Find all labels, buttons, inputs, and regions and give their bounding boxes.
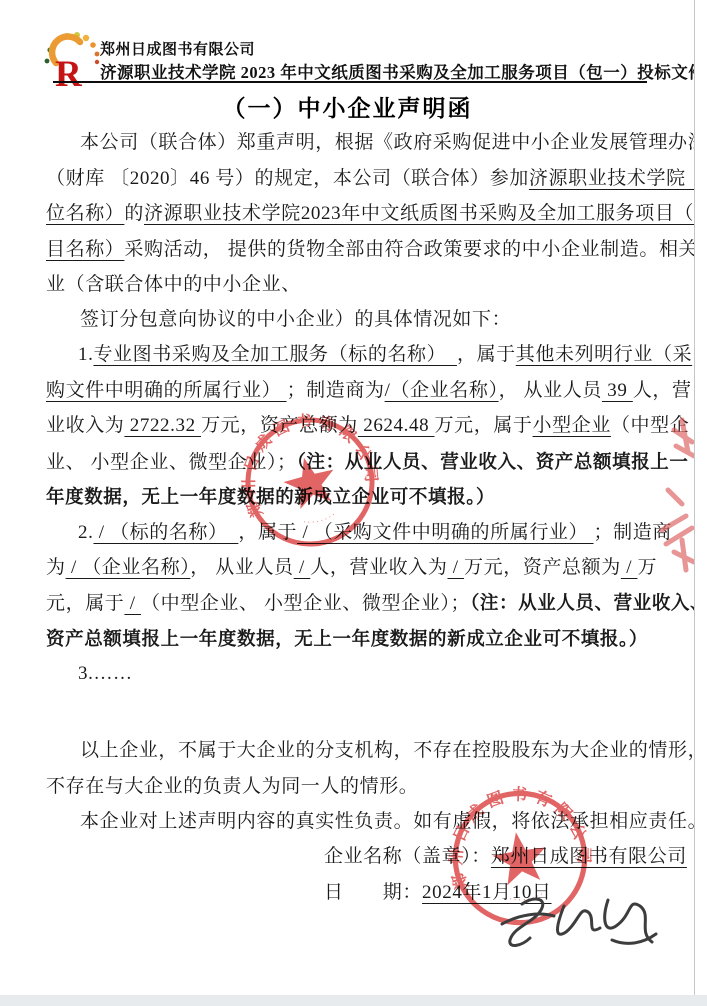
- body-text: 采购活动， 提供的货物全部由符合政策要求的中小企业制造。相关企: [124, 239, 695, 260]
- edge-stamp-fragment-icon: [652, 412, 695, 577]
- body-text: 1.: [78, 344, 93, 365]
- document-line: 业（含联合体中的中小企业、: [46, 271, 301, 299]
- filled-blank-text: 专业图书采购及全加工服务（标的名称）: [93, 344, 457, 365]
- document-line: 位名称）的济源职业技术学院2023年中文纸质图书采购及全加工服务项目（项: [46, 200, 695, 228]
- filled-blank-text: 位名称）: [46, 203, 124, 224]
- document-line: 为 / （企业名称）， 从业人员 / 人，营业收入为 / 万元，资产总额为 / …: [46, 554, 657, 582]
- svg-text:· · · · · · · ·: · · · · · · · ·: [300, 509, 338, 529]
- body-text: ；制造商为: [287, 380, 385, 401]
- document-line: 不存在与大企业的负责人为同一人的情形。: [46, 773, 418, 801]
- body-text: 不存在与大企业的负责人为同一人的情形。: [46, 776, 418, 797]
- page-background: [0, 995, 707, 1006]
- body-text: 签订分包意向协议的中小企业）的具体情况如下：: [80, 309, 511, 330]
- header-project-title: 济源职业技术学院 2023 年中文纸质图书采购及全加工服务项目（包一）投标文件: [100, 59, 695, 83]
- filled-blank-text: / （企业名称）: [66, 557, 191, 578]
- body-text: 本企业对上述声明内容的真实性负责。如有虚假，将依法承担相应责任。: [80, 811, 695, 832]
- handwritten-signature: [492, 888, 664, 960]
- body-text: 为: [46, 557, 66, 578]
- filled-blank-text: /: [621, 557, 638, 578]
- filled-blank-text: 39: [602, 380, 633, 401]
- document-line: 签订分包意向协议的中小企业）的具体情况如下：: [80, 306, 511, 334]
- filled-blank-text: / （标的名称）: [93, 522, 238, 543]
- filled-blank-text: 其他未列明行业（采: [516, 344, 692, 365]
- body-text: 人，营: [633, 380, 692, 401]
- body-text: 元，属于: [46, 593, 124, 614]
- filled-blank-text: /: [294, 557, 311, 578]
- body-text: （中型企业、 小型企业、微型企业）；: [141, 593, 470, 614]
- document-line: 本公司（联合体）郑重声明，根据《政府采购促进中小企业发展管理办法》: [80, 129, 695, 157]
- document-line: 目名称）采购活动， 提供的货物全部由符合政策要求的中小企业制造。相关企: [46, 236, 695, 264]
- body-text: 本公司（联合体）郑重声明，根据《政府采购促进中小企业发展管理办法》: [80, 132, 695, 153]
- page-edge-divider: [694, 0, 695, 995]
- document-line: 购文件中明确的所属行业） ；制造商为/（企业名称）， 从业人员 39 人，营: [46, 377, 692, 405]
- body-text: 人，营业收入为: [310, 557, 447, 578]
- body-text: 万元，属于: [435, 415, 533, 436]
- body-text: ， 从业人员: [499, 380, 602, 401]
- star-icon: [489, 828, 550, 887]
- body-text: 业（含联合体中的中小企业、: [46, 274, 301, 295]
- body-text: 3.……: [78, 663, 133, 684]
- header-divider: [53, 81, 647, 83]
- page-title: （一）中小企业声明函: [0, 90, 695, 123]
- header-company-name: 郑州日成图书有限公司: [100, 38, 255, 59]
- body-text: 的: [124, 203, 144, 224]
- filled-blank-text: 济源职业技术学院2023年中文纸质图书采购及全加工服务项目（项: [144, 203, 695, 224]
- document-line: 本企业对上述声明内容的真实性负责。如有虚假，将依法承担相应责任。: [80, 808, 695, 836]
- body-text: 以上企业，不属于大企业的分支机构，不存在控股股东为大企业的情形，也: [80, 740, 695, 761]
- body-text: 2.: [78, 522, 93, 543]
- body-text: 业收入为: [46, 415, 124, 436]
- body-text: ，属于: [457, 344, 516, 365]
- body-text: （注：从业人员、营业收入、: [470, 592, 695, 613]
- logo-letter: R: [55, 54, 83, 89]
- body-text: 日 期：: [324, 882, 422, 903]
- filled-blank-text: 济源职业技术学院（单: [529, 168, 695, 189]
- document-line: 1.专业图书采购及全加工服务（标的名称） ，属于其他未列明行业（采: [78, 341, 692, 369]
- filled-blank-text: /: [124, 593, 141, 614]
- filled-blank-text: 小型企业: [533, 415, 611, 436]
- body-text: 资产总额填报上一年度数据，无上一年度数据的新成立企业可不填报。）: [46, 628, 648, 649]
- document-line: 元，属于 / （中型企业、 小型企业、微型企业）；（注：从业人员、营业收入、: [46, 589, 695, 618]
- document-line: 3.……: [78, 660, 133, 688]
- document-line: （财库 〔2020〕46 号）的规定，本公司（联合体）参加济源职业技术学院（单: [46, 165, 695, 193]
- body-text: 万元，资产总额为: [464, 557, 621, 578]
- star-icon: [279, 452, 341, 512]
- filled-blank-text: 2722.32: [124, 415, 201, 436]
- seal-bottom-marks: · · · · · · · ·: [300, 509, 338, 529]
- document-line: 以上企业，不属于大企业的分支机构，不存在控股股东为大企业的情形，也: [80, 737, 695, 765]
- document-line: 资产总额填报上一年度数据，无上一年度数据的新成立企业可不填报。）: [46, 625, 648, 654]
- filled-blank-text: 购文件中明确的所属行业）: [46, 380, 287, 401]
- filled-blank-text: /（企业名称）: [385, 380, 499, 401]
- body-text: （财库 〔2020〕46 号）的规定，本公司（联合体）参加: [46, 168, 529, 189]
- document-page: R 郑州日成图书有限公司 济源职业技术学院 2023 年中文纸质图书采购及全加工…: [0, 0, 695, 995]
- filled-blank-text: /: [447, 557, 464, 578]
- filled-blank-text: 目名称）: [46, 239, 124, 260]
